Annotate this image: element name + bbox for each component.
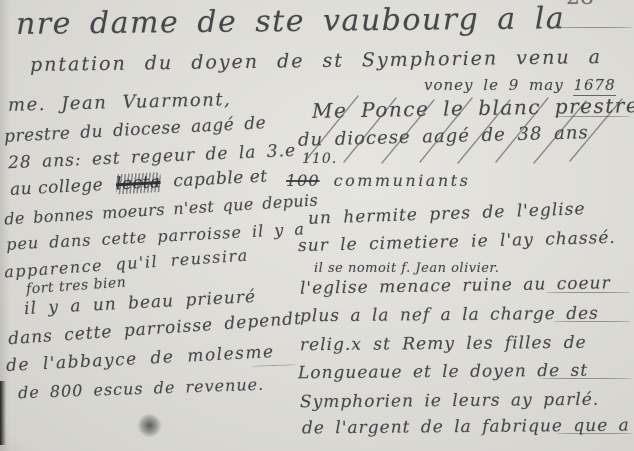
ink-rule xyxy=(545,292,631,293)
manuscript-line: Symphorien ie leurs ay parlé. xyxy=(300,392,599,412)
line-text: au college xyxy=(10,175,104,200)
line-text: capable et xyxy=(173,166,268,191)
manuscript-line-struck: du diocese aagé de 38 ans xyxy=(298,124,589,150)
page-number-partial: 28 xyxy=(566,0,594,9)
ink-rule xyxy=(553,116,631,117)
manuscript-line: au college lecta capable et xyxy=(10,168,275,199)
ink-rule xyxy=(552,27,632,28)
page-title: nre dame de ste vaubourg a la xyxy=(16,4,566,40)
manuscript-line: Longueaue et le doyen de st xyxy=(298,363,588,383)
manuscript-line: prestre du diocese aagé de xyxy=(4,115,267,146)
manuscript-page: 28 nre dame de ste vaubourg a la pntatio… xyxy=(0,0,634,451)
manuscript-line: sur le cimetiere ie l'ay chassé. xyxy=(298,230,616,255)
count-correction: 110. xyxy=(302,152,337,166)
manuscript-line: l'eglise menace ruine au coeur xyxy=(300,275,611,297)
communiants-line: 100 communiants xyxy=(286,173,470,189)
date-line: voney le 9 may 1678 xyxy=(424,78,616,93)
ink-rule xyxy=(540,378,632,379)
manuscript-line: pntation du doyen de st Symphorien venu … xyxy=(30,48,602,75)
ink-blot xyxy=(137,414,162,437)
struck-count: 100 xyxy=(286,171,320,190)
manuscript-line: de l'abbayce de molesme xyxy=(6,344,275,375)
manuscript-line: de 800 escus de revenue. xyxy=(18,377,265,402)
date-text: voney le 9 may xyxy=(424,76,564,94)
manuscript-line: de l'argent de la fabrique que a xyxy=(302,418,630,438)
manuscript-line: relig.x st Remy les filles de xyxy=(300,335,587,355)
ink-rule xyxy=(252,364,296,367)
manuscript-line: me. Jean Vuarmont, xyxy=(8,91,232,115)
manuscript-line: plus a la nef a la charge des xyxy=(300,306,599,326)
ink-rule xyxy=(556,433,632,434)
page-edge-shade xyxy=(0,0,10,451)
manuscript-line: peu dans cette parroisse il y a xyxy=(6,221,306,253)
manuscript-interline-note: il se nomoit f. Jean olivier. xyxy=(314,262,499,275)
line-text: communiants xyxy=(334,171,471,190)
ink-rule xyxy=(553,321,631,322)
manuscript-line: apparence qu'il reussira xyxy=(4,247,249,280)
manuscript-line: un hermite pres de l'eglise xyxy=(308,201,586,228)
scribbled-out-word: lecta xyxy=(116,172,161,194)
